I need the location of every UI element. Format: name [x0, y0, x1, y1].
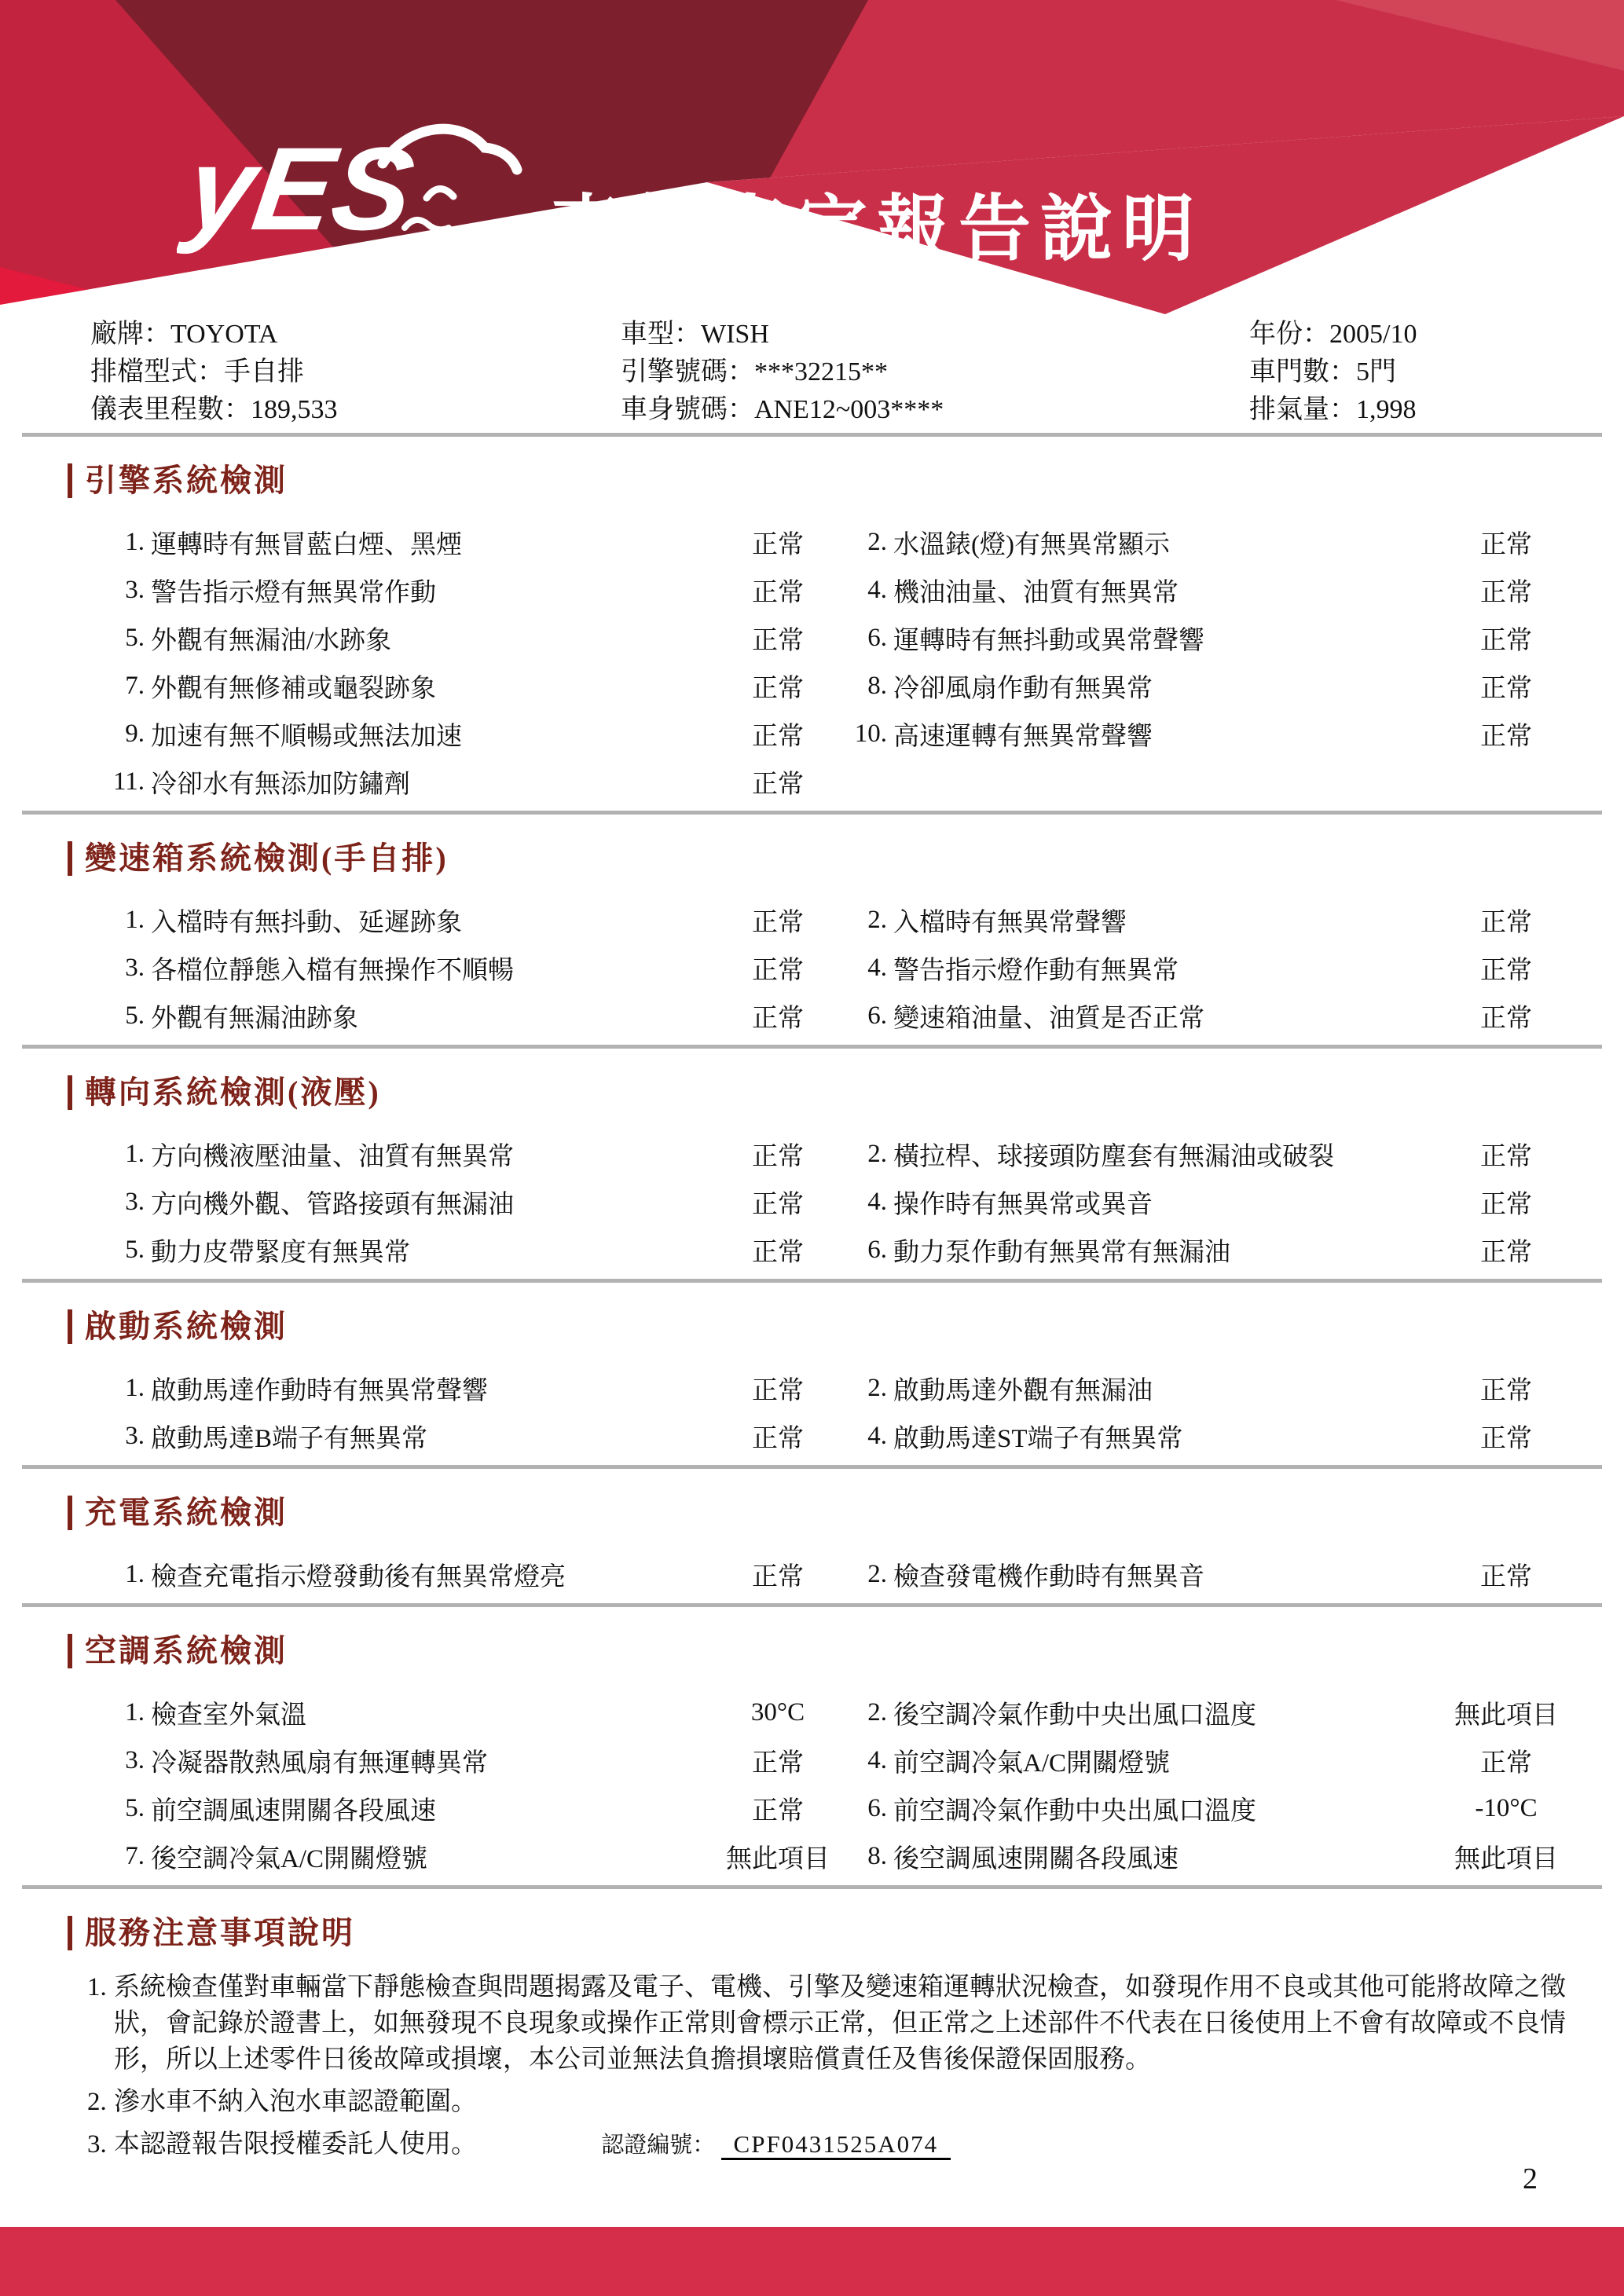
item-result: 正常: [1448, 1136, 1564, 1173]
item-label: 方向機液壓油量、油質有無異常: [151, 1136, 719, 1173]
inspection-item: 10.高速運轉有無異常聲響正常: [837, 710, 1564, 758]
item-number: 3.: [79, 1746, 145, 1775]
item-result: 正常: [719, 1370, 837, 1407]
item-label: 後空調冷氣作動中央出風口溫度: [893, 1694, 1448, 1731]
field-brand: 廠牌：TOYOTA: [90, 316, 621, 353]
item-result: 正常: [1448, 620, 1564, 657]
note-item: 3. 本認證報告限授權委託人使用。 認證編號： CPF0431525A074: [82, 2126, 1569, 2163]
section-heading: 引擎系統檢測: [68, 460, 1624, 501]
notes-list: 1. 系統檢查僅對車輛當下靜態檢查與問題揭露及電子、電機、引擎及變速箱運轉狀況檢…: [82, 1969, 1569, 2163]
item-number: 4.: [837, 1746, 887, 1775]
note-text: 滲水車不納入泡水車認證範圍。: [114, 2088, 477, 2116]
inspection-item: 7.外觀有無修補或龜裂跡象正常: [79, 662, 837, 710]
item-number: 2.: [837, 1374, 887, 1403]
inspection-item: 1.入檔時有無抖動、延遲跡象正常: [79, 896, 837, 944]
inspection-item: 6.動力泵作動有無異常有無漏油正常: [837, 1226, 1564, 1274]
item-number: 5.: [79, 624, 145, 653]
inspection-item: 8.冷卻風扇作動有無異常正常: [837, 662, 1564, 710]
item-result: 正常: [1448, 524, 1564, 561]
item-number: 5.: [79, 1236, 145, 1265]
item-label: 前空調冷氣作動中央出風口溫度: [893, 1790, 1448, 1827]
item-label: 警告指示燈有無異常作動: [151, 572, 719, 609]
item-result: 無此項目: [719, 1838, 837, 1875]
item-number: 9.: [79, 720, 145, 749]
section-heading-bar: [68, 463, 72, 498]
item-result: 正常: [719, 1184, 837, 1221]
note-number: 3.: [87, 2126, 107, 2162]
inspection-item: 3.冷凝器散熱風扇有無運轉異常正常: [79, 1737, 837, 1785]
section-heading: 轉向系統檢測(液壓): [68, 1072, 1624, 1113]
divider: [22, 1279, 1602, 1283]
item-number: 4.: [837, 576, 887, 605]
item-number: 6.: [837, 1794, 887, 1823]
item-result: 正常: [719, 902, 837, 939]
section-title: 啟動系統檢測: [85, 1306, 288, 1347]
item-result: 正常: [719, 1418, 837, 1455]
field-vin: 車身號碼：ANE12~003****: [621, 391, 1249, 429]
item-result: 正常: [719, 1742, 837, 1779]
inspection-section: 變速箱系統檢測(手自排)1.入檔時有無抖動、延遲跡象正常2.入檔時有無異常聲響正…: [0, 838, 1624, 1049]
inspection-item: 2.橫拉桿、球接頭防塵套有無漏油或破裂正常: [837, 1130, 1564, 1178]
item-label: 動力皮帶緊度有無異常: [151, 1232, 719, 1269]
inspection-item: 5.外觀有無漏油跡象正常: [79, 992, 837, 1040]
vehicle-info-col-3: 年份：2005/10 車門數：5門 排氣量：1,998: [1249, 316, 1624, 429]
item-result: 正常: [719, 1232, 837, 1269]
inspection-item: 4.操作時有無異常或異音正常: [837, 1178, 1564, 1226]
inspection-section: 充電系統檢測1.檢查充電指示燈發動後有無異常燈亮正常2.檢查發電機作動時有無異音…: [0, 1492, 1624, 1607]
item-result: 正常: [1448, 716, 1564, 753]
item-label: 運轉時有無冒藍白煙、黑煙: [151, 524, 719, 561]
item-result: 正常: [719, 572, 837, 609]
item-label: 方向機外觀、管路接頭有無漏油: [151, 1184, 719, 1221]
divider: [22, 1045, 1602, 1049]
item-label: 各檔位靜態入檔有無操作不順暢: [151, 950, 719, 987]
item-number: 8.: [837, 672, 887, 701]
section-heading-bar: [68, 1496, 72, 1530]
item-number: 2.: [837, 528, 887, 557]
item-result: 正常: [719, 668, 837, 705]
section-title: 引擎系統檢測: [85, 460, 288, 501]
item-result: 正常: [719, 524, 837, 561]
item-number: 2.: [837, 1560, 887, 1589]
note-item: 2. 滲水車不納入泡水車認證範圍。: [82, 2084, 1569, 2120]
inspection-item: 1.運轉時有無冒藍白煙、黑煙正常: [79, 518, 837, 566]
inspection-report-page: yES 車輛查定報告說明 廠牌：TOYOTA 排檔型式：手自排 儀表里程數：18…: [0, 0, 1624, 2296]
item-number: 6.: [837, 624, 887, 653]
inspection-item: 3.警告指示燈有無異常作動正常: [79, 566, 837, 614]
item-number: 6.: [837, 1002, 887, 1031]
item-result: -10°C: [1448, 1794, 1564, 1823]
section-title: 空調系統檢測: [85, 1631, 288, 1672]
yes-logo-text: yES: [177, 123, 421, 255]
item-label: 後空調風速開關各段風速: [893, 1838, 1448, 1875]
inspection-item: 2.後空調冷氣作動中央出風口溫度無此項目: [837, 1689, 1564, 1737]
item-number: 1.: [79, 1140, 145, 1169]
item-result: 正常: [1448, 1232, 1564, 1269]
item-result: 正常: [1448, 1556, 1564, 1593]
item-label: 外觀有無修補或龜裂跡象: [151, 668, 719, 705]
inspection-item: 8.後空調風速開關各段風速無此項目: [837, 1833, 1564, 1880]
inspection-item: 1.啟動馬達作動時有無異常聲響正常: [79, 1364, 837, 1412]
item-label: 檢查發電機作動時有無異音: [893, 1556, 1448, 1593]
item-label: 高速運轉有無異常聲響: [893, 716, 1448, 753]
item-result: 正常: [719, 950, 837, 987]
item-number: 1.: [79, 1698, 145, 1727]
item-label: 啟動馬達外觀有無漏油: [893, 1370, 1448, 1407]
item-result: 正常: [1448, 998, 1564, 1034]
inspection-item: 11.冷卻水有無添加防鏽劑正常: [79, 758, 837, 806]
inspection-item: 2.啟動馬達外觀有無漏油正常: [837, 1364, 1564, 1412]
item-result: 正常: [1448, 1184, 1564, 1221]
inspection-item: 2.水溫錶(燈)有無異常顯示正常: [837, 518, 1564, 566]
inspection-item: 7.後空調冷氣A/C開關燈號無此項目: [79, 1833, 837, 1880]
item-number: 5.: [79, 1794, 145, 1823]
item-result: 正常: [719, 1790, 837, 1827]
certification-value: CPF0431525A074: [721, 2130, 951, 2160]
item-number: 1.: [79, 1560, 145, 1589]
item-number: 11.: [79, 767, 145, 796]
inspection-section: 轉向系統檢測(液壓)1.方向機液壓油量、油質有無異常正常2.橫拉桿、球接頭防塵套…: [0, 1072, 1624, 1283]
inspection-item: 5.前空調風速開關各段風速正常: [79, 1785, 837, 1833]
item-number: 4.: [837, 1188, 887, 1217]
divider: [22, 1603, 1602, 1607]
note-number: 2.: [87, 2084, 107, 2120]
inspection-item: 2.入檔時有無異常聲響正常: [837, 896, 1564, 944]
inspection-items: 1.方向機液壓油量、油質有無異常正常2.橫拉桿、球接頭防塵套有無漏油或破裂正常3…: [79, 1130, 1564, 1274]
inspection-item: 3.各檔位靜態入檔有無操作不順暢正常: [79, 944, 837, 992]
inspection-items: 1.運轉時有無冒藍白煙、黑煙正常2.水溫錶(燈)有無異常顯示正常3.警告指示燈有…: [79, 518, 1564, 806]
item-label: 警告指示燈作動有無異常: [893, 950, 1448, 987]
item-label: 啟動馬達作動時有無異常聲響: [151, 1370, 719, 1407]
inspection-item: 3.方向機外觀、管路接頭有無漏油正常: [79, 1178, 837, 1226]
inspection-item: 5.動力皮帶緊度有無異常正常: [79, 1226, 837, 1274]
field-engine-number: 引擎號碼：***32215**: [621, 353, 1249, 391]
section-heading: 充電系統檢測: [68, 1492, 1624, 1533]
item-label: 水溫錶(燈)有無異常顯示: [893, 524, 1448, 561]
section-title: 服務注意事項說明: [85, 1913, 355, 1954]
field-odometer: 儀表里程數：189,533: [90, 391, 621, 429]
item-result: 正常: [719, 998, 837, 1034]
item-result: 正常: [719, 1556, 837, 1593]
vehicle-info: 廠牌：TOYOTA 排檔型式：手自排 儀表里程數：189,533 車型：WISH…: [90, 316, 1624, 429]
item-label: 啟動馬達B端子有無異常: [151, 1418, 719, 1455]
item-number: 2.: [837, 1698, 887, 1727]
item-label: 前空調冷氣A/C開關燈號: [893, 1742, 1448, 1779]
divider: [22, 433, 1602, 437]
section-heading-bar: [68, 1916, 72, 1950]
item-result: 正常: [719, 716, 837, 753]
report-title: 車輛查定報告說明: [550, 171, 1204, 275]
yes-logo: yES: [177, 110, 522, 279]
item-result: 正常: [1448, 572, 1564, 609]
inspection-section: 引擎系統檢測1.運轉時有無冒藍白煙、黑煙正常2.水溫錶(燈)有無異常顯示正常3.…: [0, 460, 1624, 815]
service-notes-section: 服務注意事項說明 1. 系統檢查僅對車輛當下靜態檢查與問題揭露及電子、電機、引擎…: [0, 1913, 1624, 2163]
item-number: 1.: [79, 528, 145, 557]
divider: [22, 1465, 1602, 1469]
footer-band: [0, 2227, 1624, 2296]
section-heading-bar: [68, 841, 72, 876]
item-label: 啟動馬達ST端子有無異常: [893, 1418, 1448, 1455]
item-number: 7.: [79, 1842, 145, 1871]
item-result: 正常: [1448, 1418, 1564, 1455]
page-number: 2: [1523, 2162, 1538, 2196]
item-label: 冷卻風扇作動有無異常: [893, 668, 1448, 705]
inspection-item: 4.前空調冷氣A/C開關燈號正常: [837, 1737, 1564, 1785]
item-label: 運轉時有無抖動或異常聲響: [893, 620, 1448, 657]
inspection-item: 6.變速箱油量、油質是否正常正常: [837, 992, 1564, 1040]
certification-label: 認證編號: [601, 2133, 692, 2158]
section-heading: 空調系統檢測: [68, 1631, 1624, 1672]
inspection-item: 4.啟動馬達ST端子有無異常正常: [837, 1412, 1564, 1460]
item-label: 外觀有無漏油/水跡象: [151, 620, 719, 657]
inspection-section: 啟動系統檢測1.啟動馬達作動時有無異常聲響正常2.啟動馬達外觀有無漏油正常3.啟…: [0, 1306, 1624, 1469]
item-number: 4.: [837, 1422, 887, 1451]
item-number: 8.: [837, 1842, 887, 1871]
item-number: 3.: [79, 1422, 145, 1451]
section-heading: 變速箱系統檢測(手自排): [68, 838, 1624, 879]
section-heading: 服務注意事項說明: [68, 1913, 1624, 1954]
item-result: 無此項目: [1448, 1694, 1564, 1731]
item-label: 外觀有無漏油跡象: [151, 998, 719, 1034]
item-number: 2.: [837, 1140, 887, 1169]
inspection-items: 1.檢查充電指示燈發動後有無異常燈亮正常2.檢查發電機作動時有無異音正常: [79, 1551, 1564, 1598]
item-result: 正常: [719, 764, 837, 800]
divider: [22, 1885, 1602, 1889]
item-number: 7.: [79, 672, 145, 701]
item-label: 檢查室外氣溫: [151, 1694, 719, 1731]
item-number: 2.: [837, 906, 887, 935]
inspection-item: 5.外觀有無漏油/水跡象正常: [79, 614, 837, 662]
item-result: 正常: [719, 620, 837, 657]
field-year: 年份：2005/10: [1249, 316, 1624, 353]
note-text: 本認證報告限授權委託人使用。: [114, 2130, 477, 2159]
note-number: 1.: [87, 1969, 107, 2005]
inspection-item: 3.啟動馬達B端子有無異常正常: [79, 1412, 837, 1460]
item-result: 30°C: [719, 1698, 837, 1727]
item-result: 正常: [1448, 950, 1564, 987]
item-label: 變速箱油量、油質是否正常: [893, 998, 1448, 1034]
field-model: 車型：WISH: [621, 316, 1249, 353]
item-label: 加速有無不順暢或無法加速: [151, 716, 719, 753]
field-transmission-type: 排檔型式：手自排: [90, 353, 621, 391]
vehicle-info-col-1: 廠牌：TOYOTA 排檔型式：手自排 儀表里程數：189,533: [90, 316, 621, 429]
section-heading-bar: [68, 1634, 72, 1668]
inspection-item: 1.檢查充電指示燈發動後有無異常燈亮正常: [79, 1551, 837, 1598]
inspection-item: 4.警告指示燈作動有無異常正常: [837, 944, 1564, 992]
item-label: 入檔時有無抖動、延遲跡象: [151, 902, 719, 939]
item-number: 1.: [79, 1374, 145, 1403]
item-label: 機油油量、油質有無異常: [893, 572, 1448, 609]
item-result: 正常: [719, 1136, 837, 1173]
item-label: 操作時有無異常或異音: [893, 1184, 1448, 1221]
inspection-item: 2.檢查發電機作動時有無異音正常: [837, 1551, 1564, 1598]
inspection-item: 6.運轉時有無抖動或異常聲響正常: [837, 614, 1564, 662]
divider: [22, 811, 1602, 815]
section-heading: 啟動系統檢測: [68, 1306, 1624, 1347]
inspection-items: 1.入檔時有無抖動、延遲跡象正常2.入檔時有無異常聲響正常3.各檔位靜態入檔有無…: [79, 896, 1564, 1040]
item-label: 後空調冷氣A/C開關燈號: [151, 1838, 719, 1875]
item-number: 3.: [79, 1188, 145, 1217]
field-displacement: 排氣量：1,998: [1249, 391, 1624, 429]
inspection-item: 1.檢查室外氣溫30°C: [79, 1689, 837, 1737]
vehicle-info-col-2: 車型：WISH 引擎號碼：***32215** 車身號碼：ANE12~003**…: [621, 316, 1249, 429]
section-title: 轉向系統檢測(液壓): [85, 1072, 381, 1113]
item-label: 前空調風速開關各段風速: [151, 1790, 719, 1827]
section-title: 變速箱系統檢測(手自排): [85, 838, 449, 879]
item-result: 正常: [1448, 668, 1564, 705]
note-item: 1. 系統檢查僅對車輛當下靜態檢查與問題揭露及電子、電機、引擎及變速箱運轉狀況檢…: [82, 1969, 1569, 2078]
inspection-item: 9.加速有無不順暢或無法加速正常: [79, 710, 837, 758]
field-doors: 車門數：5門: [1249, 353, 1624, 391]
item-result: 正常: [1448, 1742, 1564, 1779]
inspection-item: 6.前空調冷氣作動中央出風口溫度-10°C: [837, 1785, 1564, 1833]
inspection-item: 1.方向機液壓油量、油質有無異常正常: [79, 1130, 837, 1178]
item-label: 冷凝器散熱風扇有無運轉異常: [151, 1742, 719, 1779]
item-number: 6.: [837, 1236, 887, 1265]
certification-number: 認證編號： CPF0431525A074: [601, 2133, 951, 2158]
inspection-items: 1.檢查室外氣溫30°C2.後空調冷氣作動中央出風口溫度無此項目3.冷凝器散熱風…: [79, 1689, 1564, 1880]
item-result: 正常: [1448, 1370, 1564, 1407]
item-number: 10.: [837, 720, 887, 749]
item-label: 檢查充電指示燈發動後有無異常燈亮: [151, 1556, 719, 1593]
section-heading-bar: [68, 1309, 72, 1344]
section-heading-bar: [68, 1075, 72, 1110]
inspection-items: 1.啟動馬達作動時有無異常聲響正常2.啟動馬達外觀有無漏油正常3.啟動馬達B端子…: [79, 1364, 1564, 1460]
item-label: 冷卻水有無添加防鏽劑: [151, 764, 719, 800]
note-text: 系統檢查僅對車輛當下靜態檢查與問題揭露及電子、電機、引擎及變速箱運轉狀況檢查，如…: [114, 1973, 1566, 2074]
item-number: 3.: [79, 954, 145, 983]
inspection-item: 4.機油油量、油質有無異常正常: [837, 566, 1564, 614]
item-result: 正常: [1448, 902, 1564, 939]
item-number: 5.: [79, 1002, 145, 1031]
item-number: 3.: [79, 576, 145, 605]
section-title: 充電系統檢測: [85, 1492, 288, 1533]
item-label: 動力泵作動有無異常有無漏油: [893, 1232, 1448, 1269]
item-label: 入檔時有無異常聲響: [893, 902, 1448, 939]
inspection-section: 空調系統檢測1.檢查室外氣溫30°C2.後空調冷氣作動中央出風口溫度無此項目3.…: [0, 1631, 1624, 1889]
item-label: 橫拉桿、球接頭防塵套有無漏油或破裂: [893, 1136, 1448, 1173]
item-number: 4.: [837, 954, 887, 983]
item-result: 無此項目: [1448, 1838, 1564, 1875]
sections: 引擎系統檢測1.運轉時有無冒藍白煙、黑煙正常2.水溫錶(燈)有無異常顯示正常3.…: [0, 460, 1624, 1889]
item-number: 1.: [79, 906, 145, 935]
